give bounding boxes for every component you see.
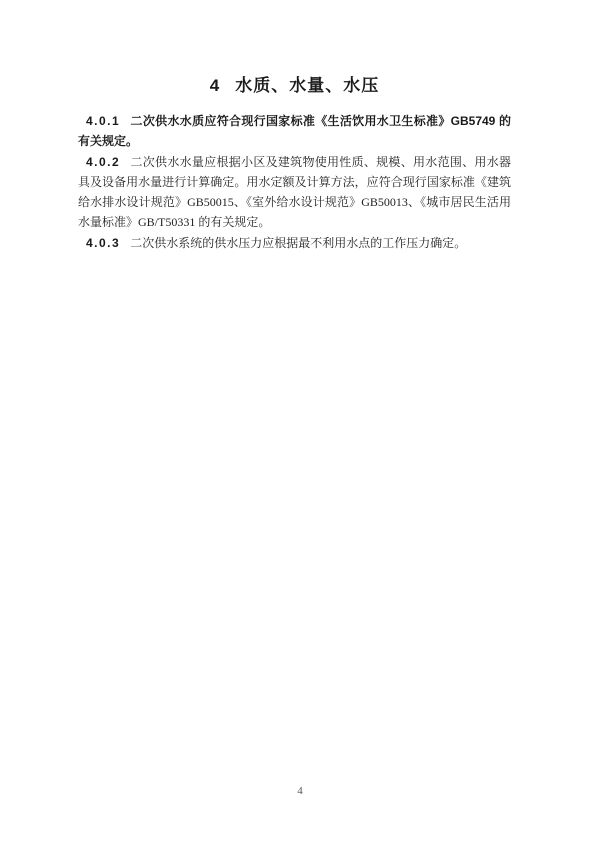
chapter-title: 4水质、水量、水压 bbox=[78, 76, 511, 96]
chapter-number: 4 bbox=[210, 76, 219, 95]
clause-4-0-2: 4.0.2二次供水水量应根据小区及建筑物使用性质、规模、用水范围、用水器具及设备… bbox=[78, 152, 511, 233]
clause-4-0-3: 4.0.3二次供水系统的供水压力应根据最不利用水点的工作压力确定。 bbox=[78, 233, 511, 253]
clause-4-0-2-number: 4.0.2 bbox=[86, 155, 130, 169]
clause-4-0-3-text: 二次供水系统的供水压力应根据最不利用水点的工作压力确定。 bbox=[130, 236, 466, 250]
page-number: 4 bbox=[0, 784, 600, 798]
page-content: 4水质、水量、水压 4.0.1二次供水水质应符合现行国家标准《生活饮用水卫生标准… bbox=[78, 76, 511, 253]
clause-4-0-3-number: 4.0.3 bbox=[86, 236, 130, 250]
document-page: 4水质、水量、水压 4.0.1二次供水水质应符合现行国家标准《生活饮用水卫生标准… bbox=[0, 0, 600, 848]
clause-4-0-1: 4.0.1二次供水水质应符合现行国家标准《生活饮用水卫生标准》GB5749 的有… bbox=[78, 111, 511, 152]
clause-4-0-1-number: 4.0.1 bbox=[86, 114, 130, 128]
clause-4-0-2-text: 二次供水水量应根据小区及建筑物使用性质、规模、用水范围、用水器具及设备用水量进行… bbox=[78, 155, 511, 230]
clause-4-0-1-text: 二次供水水质应符合现行国家标准《生活饮用水卫生标准》GB5749 的有关规定。 bbox=[78, 114, 511, 148]
chapter-title-text: 水质、水量、水压 bbox=[235, 76, 379, 95]
